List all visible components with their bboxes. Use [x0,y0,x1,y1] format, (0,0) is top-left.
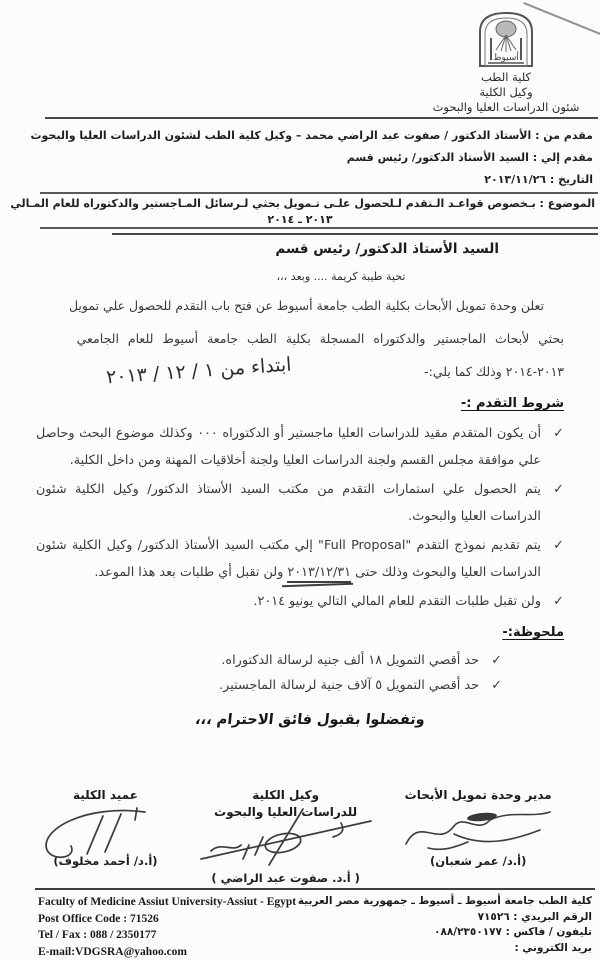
intro-paragraph: تعلن وحدة تمويل الأبحاث بكلية الطب جامعة… [36,289,564,388]
condition-item: ✓ يتم الحصول علي استمارات التقدم من مكتب… [36,476,564,530]
footer-arabic: كلية الطب جامعة أسيوط ـ أسيوط ـ جمهورية … [298,894,592,960]
subject-line: الموضوع : بـخصوص قواعـد الـتقدم لـلحصول … [5,196,595,212]
footer-en-line: Tel / Fax : 088 / 2350177 [38,927,296,944]
condition-3-after: ولن تقبل أي طلبات بعد هذا الموعد. [94,565,287,580]
letter-meta: مقدم من : الأستاذ الدكتور / صفوت عبد الر… [6,125,593,191]
letter-body: السيد الأستاذ الدكتور/ رئيس قسم تحية طيب… [36,239,564,731]
subject-divider-bottom [40,227,598,229]
signature-dean: عميد الكلية (أ.د/ أحمد مخلوف) [24,787,187,885]
closing-line: وتفضلوا بقبول فائق الاحترام ،،، [95,709,525,731]
subject-years: ٢٠١٣ ـ ٢٠١٤ [5,212,595,227]
intro-line-3: ٢٠١٣-٢٠١٤ وذلك كما يلي:- ابتداء من ١ / ١… [36,355,564,388]
greeting: تحية طيبة كريمة .... وبعد ،،، [118,269,564,285]
subject-block: الموضوع : بـخصوص قواعـد الـتقدم لـلحصول … [5,196,595,227]
conditions-list: ✓ أن يكون المتقدم مقيد للدراسات العليا م… [36,420,564,615]
signature-safwat-abdelrady [187,821,384,871]
header-divider [45,117,598,119]
signature-title: وكيل الكلية [187,787,384,804]
footer-english: Faculty of Medicine Assiut University-As… [38,894,296,960]
intro-line-1: تعلن وحدة تمويل الأبحاث بكلية الطب جامعة… [36,289,564,322]
note-list: ✓ حد أقصي التمويل ١٨ ألف جنيه لرسالة الد… [36,649,502,697]
checkmark-icon: ✓ [549,420,564,474]
signature-omar-shaaban [384,804,572,854]
department-name: شئون الدراسات العليا والبحوث [418,100,594,115]
footer-en-line: E-mail:VDGSRA@yahoo.com [38,944,296,960]
signature-vice-dean: وكيل الكلية للدراسات العليا والبحوث ( أ.… [187,787,384,885]
letterhead: أسيوط كلية الطب وكيل الكلية شئون الدراسا… [418,8,594,115]
footer-ar-line: كلية الطب جامعة أسيوط ـ أسيوط ـ جمهورية … [298,894,592,910]
subject-divider-top [40,192,598,194]
note-title: ملحوظة:- [36,623,564,642]
signature-funding-director: مدير وحدة تمويل الأبحاث (أ.د/ عمر شعبان) [384,787,572,885]
checkmark-icon: ✓ [549,532,564,586]
footer-ar-line: بريد الكتروني : [298,941,592,957]
footer: كلية الطب جامعة أسيوط ـ أسيوط ـ جمهورية … [38,894,592,960]
faculty-name: كلية الطب [418,70,594,85]
document-page: أسيوط كلية الطب وكيل الكلية شئون الدراسا… [0,0,600,960]
office-name: وكيل الكلية [418,85,594,100]
signature-title: مدير وحدة تمويل الأبحاث [384,787,572,804]
deadline-date: ٢٠١٣/١٢/٣١ [287,565,351,583]
condition-item: ✓ أن يكون المتقدم مقيد للدراسات العليا م… [36,420,564,474]
logo-text: أسيوط [493,51,519,63]
signature-ahmed-makhlouf [24,804,187,854]
signature-name: (أ.د/ عمر شعبان) [384,854,572,868]
date-line: التاريخ : ٢٠١٣/١١/٢٦ [6,169,593,191]
note-item: ✓ حد أقصي التمويل ١٨ ألف جنيه لرسالة الد… [36,649,502,672]
checkmark-icon: ✓ [487,649,502,672]
checkmark-icon: ✓ [549,588,564,615]
footer-divider [35,888,595,890]
checkmark-icon: ✓ [549,476,564,530]
to-line: مقدم إلي : السيد الأستاذ الدكتور/ رئيس ق… [6,147,593,169]
from-line: مقدم من : الأستاذ الدكتور / صفوت عبد الر… [6,125,593,147]
footer-en-line: Faculty of Medicine Assiut University-As… [38,894,296,911]
handwritten-start-date: ابتداء من ١ / ١٢ / ٢٠١٣ [105,349,293,395]
intro-line-2: بحثي لأبحاث الماجستير والدكتوراه المسجلة… [36,322,564,355]
signature-title: عميد الكلية [24,787,187,804]
conditions-title: شروط التقدم :- [36,394,564,413]
footer-ar-line: تليفون / فاكس : ٠٨٨/٢٣٥٠١٧٧ [298,925,592,941]
subject-divider-bottom-2 [112,233,598,235]
condition-item: ✓ يتم تقديم نموذج التقدم "Full Proposal"… [36,532,564,586]
checkmark-icon: ✓ [487,674,502,697]
note-item: ✓ حد أقصي التمويل ٥ آلاف جنية لرسالة الم… [36,674,502,697]
intro-line-3-text: ٢٠١٣-٢٠١٤ وذلك كما يلي:- [424,355,564,388]
signature-name: ( أ.د. صفوت عبد الراضي ) [187,871,384,885]
footer-en-line: Post Office Code : 71526 [38,911,296,928]
signature-block: مدير وحدة تمويل الأبحاث (أ.د/ عمر شعبان)… [24,787,572,885]
university-logo: أسيوط [474,8,538,68]
salutation: السيد الأستاذ الدكتور/ رئيس قسم [101,239,499,259]
footer-ar-line: الرقم البريدي : ٧١٥٢٦ [298,910,592,926]
condition-item: ✓ ولن تقبل طلبات التقدم للعام المالي الت… [36,588,564,615]
